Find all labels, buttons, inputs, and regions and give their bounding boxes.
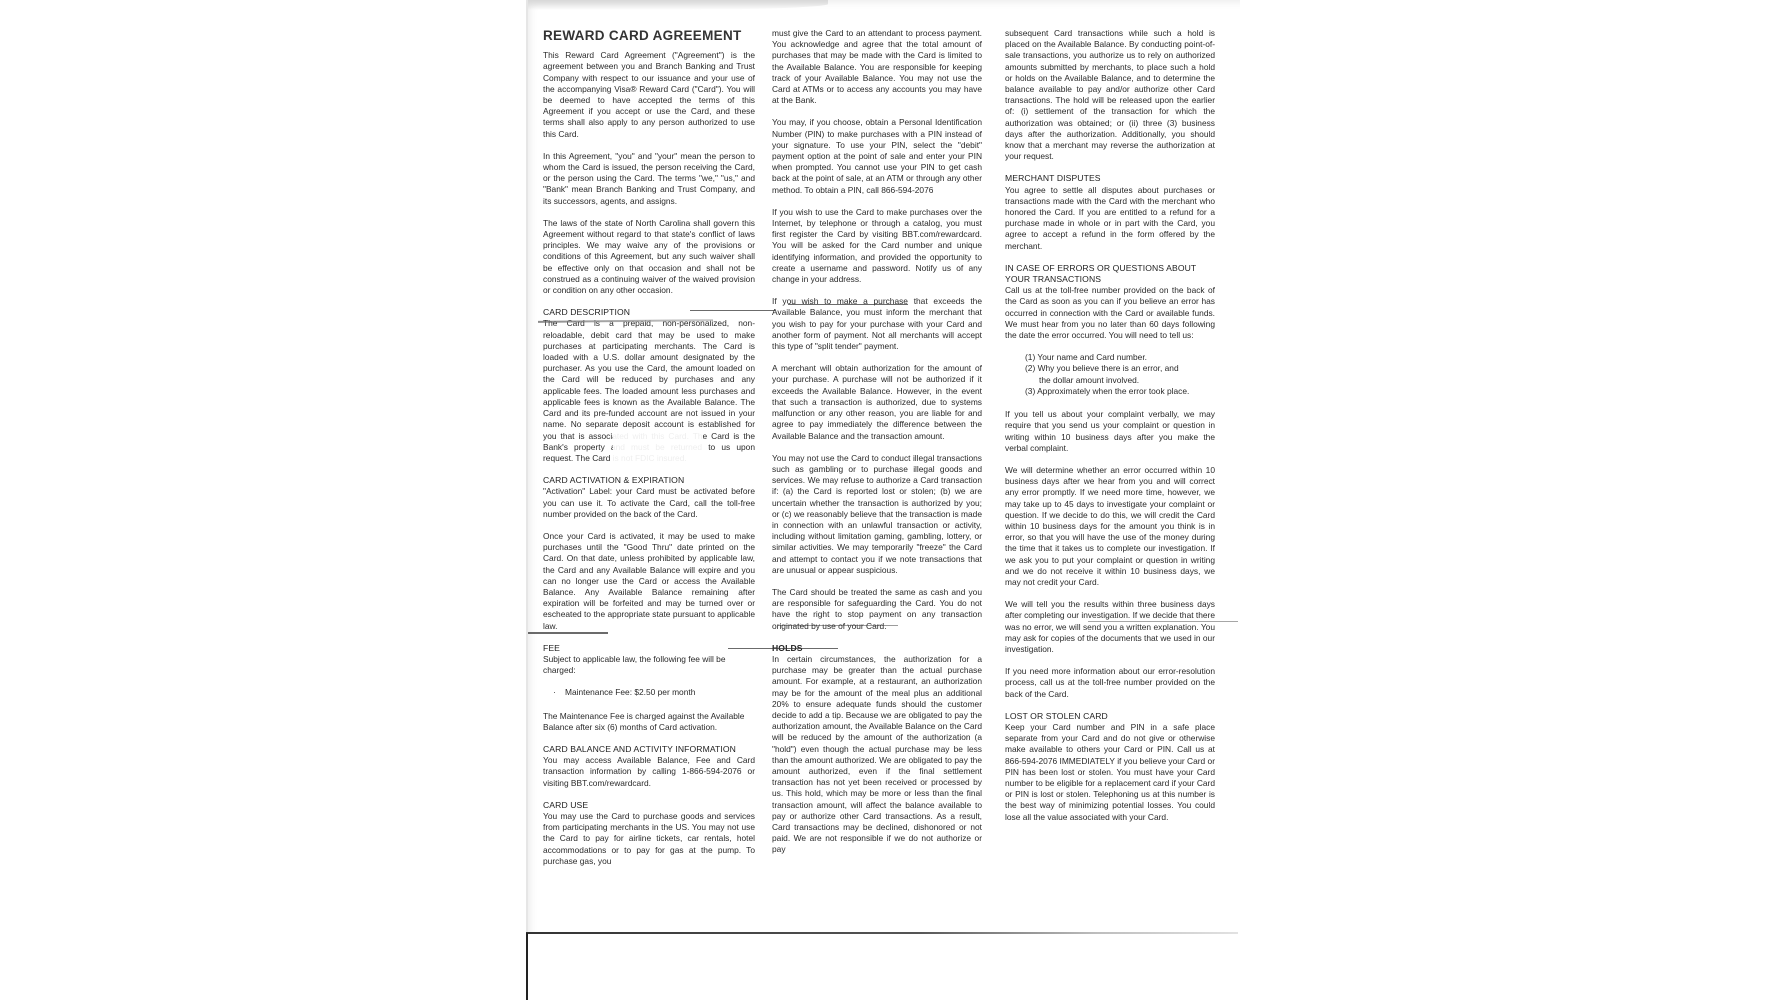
- intro-paragraph-2: In this Agreement, "you" and "your" mean…: [543, 151, 755, 207]
- paragraph: A merchant will obtain authorization for…: [772, 363, 982, 441]
- section-heading: LOST OR STOLEN CARD: [1005, 711, 1215, 722]
- fee-intro: Subject to applicable law, the following…: [543, 654, 755, 676]
- document-title: REWARD CARD AGREEMENT: [543, 30, 755, 41]
- list-item-continuation: the dollar amount involved.: [1025, 375, 1215, 386]
- section-fee: FEE Subject to applicable law, the follo…: [543, 643, 755, 733]
- list-item: (3) Approximately when the error took pl…: [1025, 386, 1215, 397]
- fold-line: [728, 648, 838, 649]
- paragraph: must give the Card to an attendant to pr…: [772, 28, 982, 106]
- column-2: must give the Card to an attendant to pr…: [772, 28, 982, 867]
- governing-law-paragraph: The laws of the state of North Carolina …: [543, 218, 755, 296]
- list-item: (2) Why you believe there is an error, a…: [1025, 363, 1215, 374]
- section-text: You agree to settle all disputes about p…: [1005, 185, 1215, 252]
- section-heading: MERCHANT DISPUTES: [1005, 173, 1215, 184]
- column-3: subsequent Card transactions while such …: [1005, 28, 1215, 834]
- paragraph: If you tell us about your complaint verb…: [1005, 409, 1215, 454]
- fee-bullet: ·Maintenance Fee: $2.50 per month: [543, 687, 755, 698]
- bullet-icon: ·: [553, 687, 565, 698]
- fold-line: [1088, 621, 1238, 622]
- intro-paragraph-1: This Reward Card Agreement ("Agreement")…: [543, 50, 755, 140]
- section-errors-questions: IN CASE OF ERRORS OR QUESTIONS ABOUT YOU…: [1005, 263, 1215, 700]
- fee-after: The Maintenance Fee is charged against t…: [543, 711, 755, 733]
- paragraph: We will determine whether an error occur…: [1005, 465, 1215, 588]
- section-text: "Activation" Label: your Card must be ac…: [543, 486, 755, 520]
- paragraph: If you need more information about our e…: [1005, 666, 1215, 700]
- section-heading: IN CASE OF ERRORS OR QUESTIONS ABOUT: [1005, 263, 1215, 274]
- scan-smudge: [613, 432, 703, 462]
- paragraph: If you wish to use the Card to make purc…: [772, 207, 982, 285]
- section-heading: CARD USE: [543, 800, 755, 811]
- section-text: You may access Available Balance, Fee an…: [543, 755, 755, 789]
- section-lost-stolen: LOST OR STOLEN CARD Keep your Card numbe…: [1005, 711, 1215, 823]
- section-text: Keep your Card number and PIN in a safe …: [1005, 722, 1215, 823]
- scan-shadow: [528, 0, 828, 10]
- under-sheet-edge: [526, 933, 528, 1000]
- paragraph: You may, if you choose, obtain a Persona…: [772, 117, 982, 195]
- section-merchant-disputes: MERCHANT DISPUTES You agree to settle al…: [1005, 173, 1215, 251]
- section-heading: FEE: [543, 643, 755, 654]
- section-heading: CARD DESCRIPTION: [543, 307, 755, 318]
- errors-list: (1) Your name and Card number. (2) Why y…: [1025, 352, 1215, 397]
- section-text: Once your Card is activated, it may be u…: [543, 531, 755, 632]
- paragraph: You may not use the Card to conduct ille…: [772, 453, 982, 576]
- fold-line: [788, 304, 908, 305]
- fee-bullet-text: Maintenance Fee: $2.50 per month: [565, 687, 695, 697]
- list-item: (1) Your name and Card number.: [1025, 352, 1215, 363]
- section-heading-line-2: YOUR TRANSACTIONS: [1005, 274, 1215, 285]
- scanned-agreement-page: REWARD CARD AGREEMENT This Reward Card A…: [526, 0, 1240, 933]
- section-heading: CARD ACTIVATION & EXPIRATION: [543, 475, 755, 486]
- page-bottom-edge: [526, 932, 1238, 934]
- section-card-use: CARD USE You may use the Card to purchas…: [543, 800, 755, 867]
- section-heading: CARD BALANCE AND ACTIVITY INFORMATION: [543, 744, 755, 755]
- section-card-balance: CARD BALANCE AND ACTIVITY INFORMATION Yo…: [543, 744, 755, 789]
- section-text: You may use the Card to purchase goods a…: [543, 811, 755, 867]
- fold-line: [528, 632, 608, 634]
- section-holds: HOLDS In certain circumstances, the auth…: [772, 643, 982, 856]
- holds-continuation: subsequent Card transactions while such …: [1005, 28, 1215, 162]
- section-card-activation: CARD ACTIVATION & EXPIRATION "Activation…: [543, 475, 755, 632]
- errors-intro: Call us at the toll-free number provided…: [1005, 285, 1215, 341]
- paragraph: We will tell you the results within thre…: [1005, 599, 1215, 655]
- section-text: In certain circumstances, the authorizat…: [772, 654, 982, 856]
- fold-line: [690, 310, 775, 311]
- fold-line: [778, 625, 898, 626]
